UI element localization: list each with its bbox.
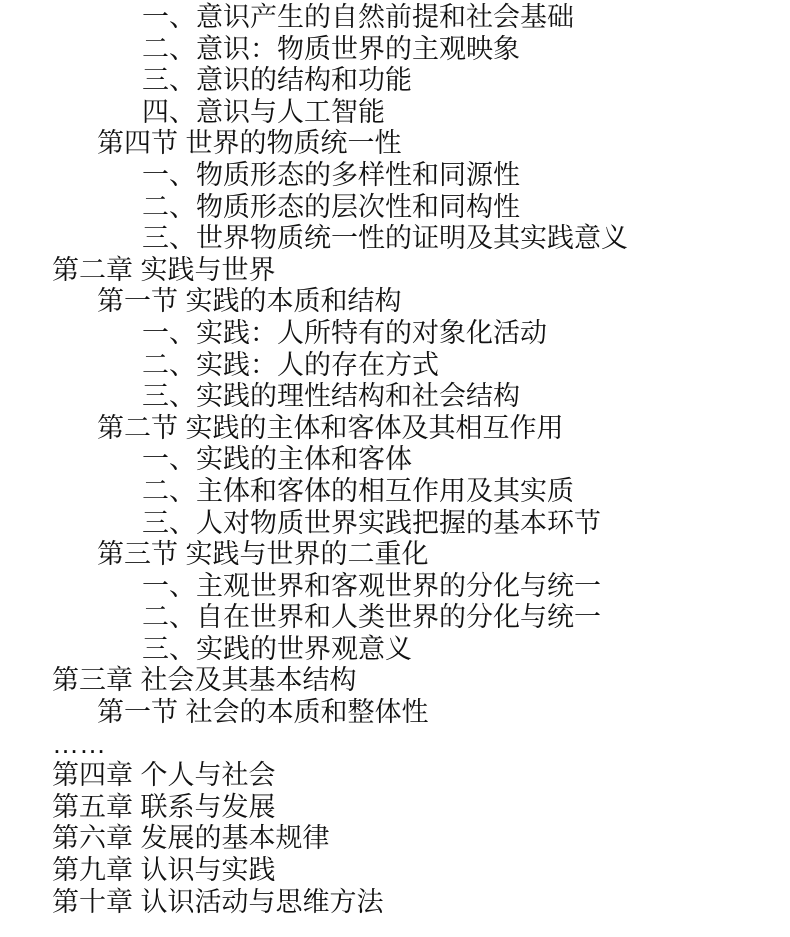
toc-item-line: 二、自在世界和人类世界的分化与统一: [0, 602, 790, 634]
toc-item-line: 二、意识：物质世界的主观映象: [0, 34, 790, 66]
toc-item-line: 一、物质形态的多样性和同源性: [0, 160, 790, 192]
toc-section-line: 第一节 实践的本质和结构: [0, 286, 790, 318]
toc-ellipsis-line: ……: [0, 729, 790, 761]
table-of-contents: 一、意识产生的自然前提和社会基础二、意识：物质世界的主观映象三、意识的结构和功能…: [0, 0, 790, 918]
toc-chapter-line: 第六章 发展的基本规律: [0, 823, 790, 855]
toc-section-line: 第二节 实践的主体和客体及其相互作用: [0, 413, 790, 445]
toc-chapter-line: 第三章 社会及其基本结构: [0, 665, 790, 697]
toc-item-line: 三、实践的理性结构和社会结构: [0, 381, 790, 413]
toc-section-line: 第一节 社会的本质和整体性: [0, 697, 790, 729]
toc-item-line: 二、主体和客体的相互作用及其实质: [0, 476, 790, 508]
toc-item-line: 二、物质形态的层次性和同构性: [0, 192, 790, 224]
toc-section-line: 第四节 世界的物质统一性: [0, 128, 790, 160]
toc-chapter-line: 第二章 实践与世界: [0, 255, 790, 287]
toc-item-line: 二、实践：人的存在方式: [0, 350, 790, 382]
toc-item-line: 四、意识与人工智能: [0, 97, 790, 129]
toc-chapter-line: 第五章 联系与发展: [0, 792, 790, 824]
toc-item-line: 一、主观世界和客观世界的分化与统一: [0, 571, 790, 603]
toc-item-line: 三、实践的世界观意义: [0, 634, 790, 666]
toc-item-line: 三、意识的结构和功能: [0, 65, 790, 97]
toc-item-line: 三、人对物质世界实践把握的基本环节: [0, 508, 790, 540]
toc-chapter-line: 第四章 个人与社会: [0, 760, 790, 792]
toc-item-line: 一、实践的主体和客体: [0, 444, 790, 476]
toc-section-line: 第三节 实践与世界的二重化: [0, 539, 790, 571]
toc-chapter-line: 第十章 认识活动与思维方法: [0, 887, 790, 919]
toc-item-line: 三、世界物质统一性的证明及其实践意义: [0, 223, 790, 255]
toc-item-line: 一、实践：人所特有的对象化活动: [0, 318, 790, 350]
toc-chapter-line: 第九章 认识与实践: [0, 855, 790, 887]
toc-item-line: 一、意识产生的自然前提和社会基础: [0, 2, 790, 34]
